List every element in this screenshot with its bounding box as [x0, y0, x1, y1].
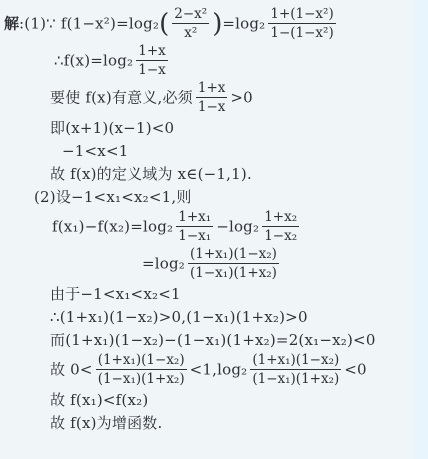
math-text: >0 [230, 89, 253, 107]
fraction-denominator: x² [172, 24, 209, 41]
fraction-numerator: 1+(1−x²) [268, 6, 335, 24]
math-line: f(x₁)−f(x₂)=log₂1+x₁1−x₁−log₂1+x₂1−x₂ [0, 210, 428, 245]
math-text: <1,log₂ [190, 361, 248, 379]
math-line: 由于−1<x₁<x₂<1 [0, 284, 428, 305]
math-text: <0 [344, 361, 367, 379]
fraction-numerator: (1+x₁)(1−x₂) [188, 246, 279, 264]
math-line: 即(x+1)(x−1)<0 [0, 118, 428, 139]
fraction-numerator: (1+x₁)(1−x₂) [250, 352, 341, 370]
math-text: ∴f(x)=log₂ [54, 52, 133, 70]
fraction-numerator: 1+x [136, 43, 168, 61]
fraction-numerator: 1+x₂ [262, 209, 299, 227]
fraction-numerator: 1+x [196, 80, 228, 98]
math-text: 故 f(x)为增函数. [50, 414, 162, 432]
math-text: =log₂ [142, 255, 185, 273]
math-text: ∴(1+x₁)(1−x₂)>0,(1−x₁)(1+x₂)>0 [50, 308, 308, 326]
fraction-numerator: (1+x₁)(1−x₂) [96, 352, 187, 370]
math-line: −1<x<1 [0, 141, 428, 162]
math-line: 要使 f(x)有意义,必须1+x1−x>0 [0, 81, 428, 116]
fraction-denominator: 1−(1−x²) [268, 24, 335, 41]
fraction-numerator: 1+x₁ [176, 209, 213, 227]
fraction-denominator: (1−x₁)(1+x₂) [250, 370, 341, 387]
math-text: 而(1+x₁)(1−x₂)−(1−x₁)(1+x₂)=2(x₁−x₂)<0 [50, 331, 376, 349]
math-line: ∴(1+x₁)(1−x₂)>0,(1−x₁)(1+x₂)>0 [0, 307, 428, 328]
math-text: :(1)∵ f(1−x²)=log₂ [19, 15, 159, 33]
math-text: 要使 f(x)有意义,必须 [50, 89, 193, 107]
fraction: 1+(1−x²)1−(1−x²) [268, 6, 335, 41]
big-paren: ( [159, 9, 169, 39]
math-text: (2)设−1<x₁<x₂<1,则 [34, 188, 192, 206]
fraction: 1+x₂1−x₂ [262, 209, 299, 244]
fraction-numerator: 2−x² [172, 6, 209, 24]
math-text: −1<x<1 [62, 142, 128, 160]
math-line: 故 f(x₁)<f(x₂) [0, 390, 428, 411]
fraction: 1+x1−x [136, 43, 168, 78]
solution-lines: 解:(1)∵ f(1−x²)=log₂(2−x²x²)=log₂1+(1−x²)… [0, 0, 428, 434]
solution-label: 解 [4, 15, 19, 33]
fraction-denominator: (1−x₁)(1+x₂) [96, 370, 187, 387]
math-line: 故 0<(1+x₁)(1−x₂)(1−x₁)(1+x₂)<1,log₂(1+x₁… [0, 353, 428, 388]
math-line: (2)设−1<x₁<x₂<1,则 [0, 187, 428, 208]
fraction-denominator: 1−x₂ [262, 227, 299, 244]
math-line: 故 f(x)的定义域为 x∈(−1,1). [0, 164, 428, 185]
fraction: 1+x₁1−x₁ [176, 209, 213, 244]
fraction: (1+x₁)(1−x₂)(1−x₁)(1+x₂) [96, 352, 187, 387]
fraction-denominator: 1−x₁ [176, 227, 213, 244]
math-line: 解:(1)∵ f(1−x²)=log₂(2−x²x²)=log₂1+(1−x²)… [0, 7, 428, 42]
math-text: 故 f(x₁)<f(x₂) [50, 391, 148, 409]
fraction: 1+x1−x [196, 80, 228, 115]
math-text: 即(x+1)(x−1)<0 [50, 119, 174, 137]
fraction-denominator: 1−x [136, 61, 168, 78]
fraction: (1+x₁)(1−x₂)(1−x₁)(1+x₂) [250, 352, 341, 387]
math-text: 故 f(x)的定义域为 x∈(−1,1). [50, 165, 252, 183]
fraction: 2−x²x² [172, 6, 209, 41]
math-text: 由于−1<x₁<x₂<1 [50, 285, 181, 303]
math-line: 故 f(x)为增函数. [0, 413, 428, 434]
big-paren: ) [212, 9, 222, 39]
math-line: ∴f(x)=log₂1+x1−x [0, 44, 428, 79]
math-text: −log₂ [216, 218, 259, 236]
math-line: =log₂(1+x₁)(1−x₂)(1−x₁)(1+x₂) [0, 247, 428, 282]
math-text: 故 0< [50, 361, 93, 379]
fraction: (1+x₁)(1−x₂)(1−x₁)(1+x₂) [188, 246, 279, 281]
fraction-denominator: 1−x [196, 98, 228, 115]
math-text: f(x₁)−f(x₂)=log₂ [52, 218, 173, 236]
fraction-denominator: (1−x₁)(1+x₂) [188, 264, 279, 281]
math-text: =log₂ [222, 15, 265, 33]
math-line: 而(1+x₁)(1−x₂)−(1−x₁)(1+x₂)=2(x₁−x₂)<0 [0, 330, 428, 351]
